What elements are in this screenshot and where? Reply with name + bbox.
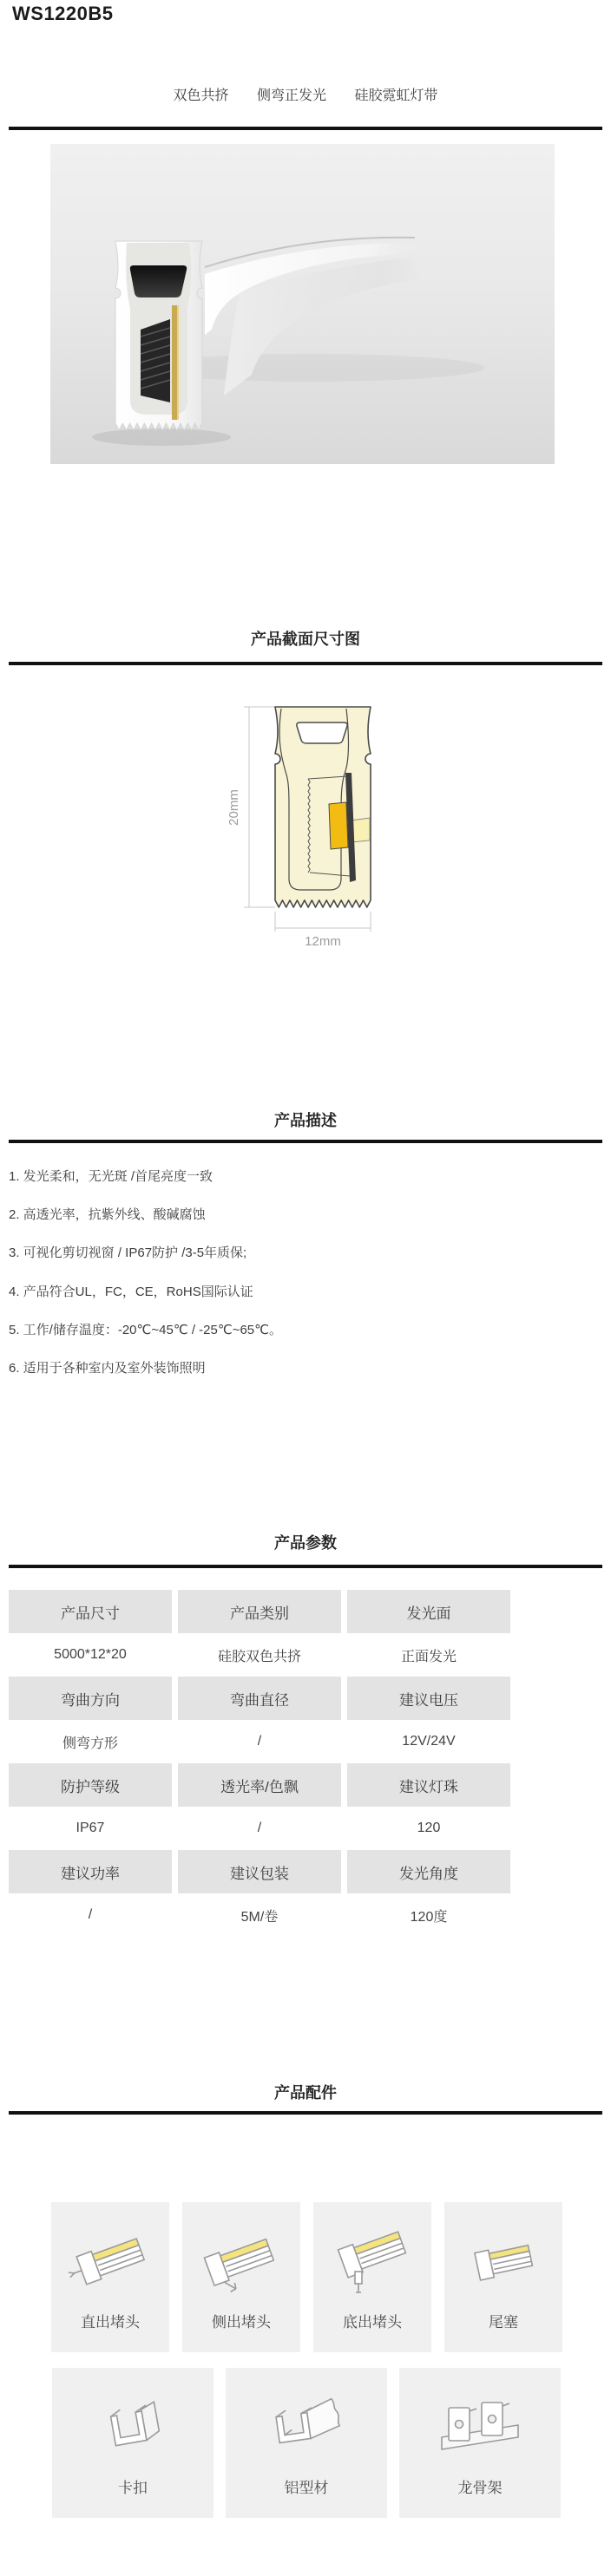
param-header: 建议功率: [9, 1850, 172, 1893]
table-value-row: 侧弯方形 / 12V/24V: [9, 1720, 510, 1763]
divider-rule: [9, 2111, 602, 2115]
divider-rule: [9, 1565, 602, 1568]
page-title: WS1220B5: [12, 3, 114, 25]
param-header: 发光角度: [347, 1850, 510, 1893]
table-header-row: 产品尺寸 产品类别 发光面: [9, 1590, 510, 1633]
parameters-table: 产品尺寸 产品类别 发光面 5000*12*20 硅胶双色共挤 正面发光 弯曲方…: [9, 1590, 510, 1937]
param-value: 侧弯方形: [9, 1720, 172, 1763]
accessory-label: 铝型材: [226, 2475, 387, 2497]
accessory-label: 直出堵头: [51, 2310, 169, 2331]
param-value: 5000*12*20: [9, 1633, 172, 1677]
param-value: /: [178, 1720, 341, 1763]
section-title-description: 产品描述: [0, 1108, 611, 1131]
param-value: /: [9, 1893, 172, 1937]
section-title-parameters: 产品参数: [0, 1531, 611, 1553]
divider-rule: [9, 127, 602, 130]
table-header-row: 建议功率 建议包装 发光角度: [9, 1850, 510, 1893]
param-header: 产品类别: [178, 1590, 341, 1633]
accessory-card-bottom-exit-cap: 底出堵头: [313, 2202, 431, 2352]
param-value: 120: [347, 1807, 510, 1850]
height-dimension-label: 20mm: [227, 789, 241, 826]
param-header: 弯曲直径: [178, 1677, 341, 1720]
tail-plug-icon: [460, 2223, 547, 2298]
product-render-image: [50, 144, 555, 464]
cross-section-drawing: 20mm 12mm: [219, 698, 406, 950]
accessory-card-mounting-clip: 卡扣: [52, 2368, 214, 2518]
accessory-label: 侧出堵头: [182, 2310, 300, 2331]
table-value-row: 5000*12*20 硅胶双色共挤 正面发光: [9, 1633, 510, 1677]
table-header-row: 防护等级 透光率/色飘 建议灯珠: [9, 1763, 510, 1807]
accessories-row-1: 直出堵头 侧出堵头: [51, 2202, 562, 2352]
section-title-dimension: 产品截面尺寸图: [0, 627, 611, 650]
param-value: 正面发光: [347, 1633, 510, 1677]
section-title-accessories: 产品配件: [0, 2081, 611, 2103]
description-list: 1. 发光柔和，无光斑 /首尾亮度一致 2. 高透光率，抗紫外线、酸碱腐蚀 3.…: [9, 1158, 599, 1388]
mounting-clip-icon: [85, 2387, 181, 2465]
param-header: 发光面: [347, 1590, 510, 1633]
description-item: 6. 适用于各种室内及室外装饰照明: [9, 1350, 599, 1388]
param-value: 5M/卷: [178, 1893, 341, 1937]
accessory-card-keel-bracket: 龙骨架: [399, 2368, 561, 2518]
accessory-card-side-exit-cap: 侧出堵头: [182, 2202, 300, 2352]
accessory-card-tail-plug: 尾塞: [444, 2202, 562, 2352]
param-header: 建议电压: [347, 1677, 510, 1720]
param-value: 硅胶双色共挤: [178, 1633, 341, 1677]
divider-rule: [9, 1140, 602, 1143]
param-header: 透光率/色飘: [178, 1763, 341, 1807]
side-exit-cap-icon: [198, 2223, 285, 2298]
accessories-row-2: 卡扣 铝型材: [52, 2368, 561, 2518]
param-value: 120度: [347, 1893, 510, 1937]
param-value: IP67: [9, 1807, 172, 1850]
dimension-diagram: 20mm 12mm: [219, 698, 406, 950]
width-dimension-label: 12mm: [305, 934, 341, 949]
param-value: 12V/24V: [347, 1720, 510, 1763]
accessory-label: 卡扣: [52, 2475, 214, 2497]
param-header: 建议包装: [178, 1850, 341, 1893]
description-item: 2. 高透光率，抗紫外线、酸碱腐蚀: [9, 1196, 599, 1234]
aluminum-profile-icon: [259, 2387, 354, 2465]
divider-rule: [9, 662, 602, 665]
param-value: /: [178, 1807, 341, 1850]
keel-bracket-icon: [428, 2387, 532, 2465]
description-item: 4. 产品符合UL，FC，CE，RoHS国际认证: [9, 1273, 599, 1311]
subtitle-part: 双色共挤: [174, 88, 229, 103]
accessory-card-aluminum-profile: 铝型材: [226, 2368, 387, 2518]
table-header-row: 弯曲方向 弯曲直径 建议电压: [9, 1677, 510, 1720]
accessory-label: 龙骨架: [399, 2475, 561, 2497]
param-header: 弯曲方向: [9, 1677, 172, 1720]
straight-exit-cap-icon: [67, 2223, 154, 2298]
subtitle-part: 硅胶霓虹灯带: [354, 88, 437, 103]
subtitle-part: 侧弯正发光: [257, 88, 326, 103]
param-header: 产品尺寸: [9, 1590, 172, 1633]
param-header: 建议灯珠: [347, 1763, 510, 1807]
description-item: 5. 工作/储存温度：-20℃~45℃ / -25℃~65℃。: [9, 1311, 599, 1350]
product-datasheet-page: WS1220B5 双色共挤 侧弯正发光 硅胶霓虹灯带: [0, 0, 611, 2576]
neon-strip-render: [50, 144, 555, 464]
accessory-label: 尾塞: [444, 2310, 562, 2331]
product-subtitle: 双色共挤 侧弯正发光 硅胶霓虹灯带: [0, 84, 611, 104]
table-value-row: IP67 / 120: [9, 1807, 510, 1850]
param-header: 防护等级: [9, 1763, 172, 1807]
accessory-label: 底出堵头: [313, 2310, 431, 2331]
bottom-exit-cap-icon: [329, 2223, 416, 2298]
description-item: 1. 发光柔和，无光斑 /首尾亮度一致: [9, 1158, 599, 1196]
table-value-row: / 5M/卷 120度: [9, 1893, 510, 1937]
accessory-card-straight-exit-cap: 直出堵头: [51, 2202, 169, 2352]
description-item: 3. 可视化剪切视窗 / IP67防护 /3-5年质保;: [9, 1234, 599, 1272]
